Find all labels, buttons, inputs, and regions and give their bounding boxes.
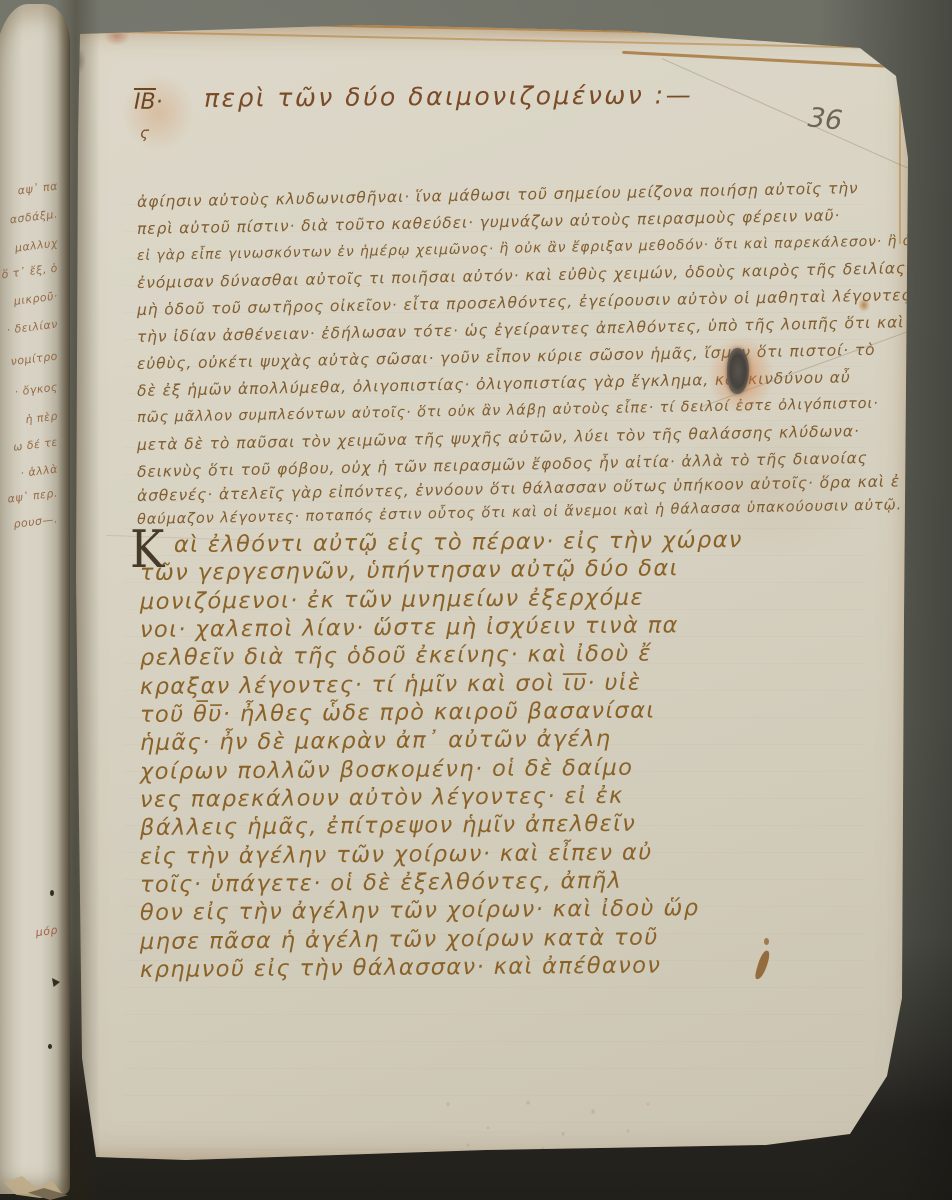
- chapter-title: περὶ τῶν δύο δαιμονιζομένων :—: [204, 82, 693, 110]
- manuscript-page: ΙΒ· ϛ περὶ τῶν δύο δαιμονιζομένων :— 36 …: [66, 18, 918, 1168]
- folio-number: 36: [807, 104, 844, 134]
- ink-blot: [754, 949, 771, 980]
- stain: [104, 26, 130, 46]
- commentary-line: μὴ ὁδοῦ τοῦ σωτῆρος οἰκεῖον· εἶτα προσελ…: [137, 288, 918, 318]
- foxing-speckles: [418, 1082, 668, 1156]
- gospel-line: νες παρεκάλουν αὐτὸν λέγοντες· εἰ ἐκ: [140, 785, 624, 812]
- wormhole: [48, 1044, 52, 1049]
- commentary-line: μετὰ δὲ τὸ παῦσαι τὸν χειμῶνα τῆς ψυχῆς …: [137, 424, 860, 453]
- gospel-line: νοι· χαλεποὶ λίαν· ὥστε μὴ ἰσχύειν τινὰ …: [140, 614, 679, 641]
- gospel-line: τοῖς· ὑπάγετε· οἱ δὲ ἐξελθόντες, ἀπῆλ: [140, 870, 622, 897]
- commentary-line: πῶς μᾶλλον συμπλεόντων αὐτοῖς· ὅτι οὐκ ἂ…: [137, 397, 879, 426]
- gospel-line: τῶν γεργεσηνῶν, ὑπήντησαν αὐτῷ δύο δαι: [140, 557, 679, 584]
- gospel-line: τοῦ θ̅υ̅· ἦλθες ὧδε πρὸ καιροῦ βασανίσαι: [140, 700, 656, 727]
- gospel-line: κραξαν λέγοντες· τί ἡμῖν καὶ σοὶ ι̅υ̅· υ…: [140, 672, 642, 699]
- commentary-line: περὶ αὐτοῦ πίστιν· διὰ τοῦτο καθεύδει· γ…: [137, 208, 841, 237]
- gospel-line: χοίρων πολλῶν βοσκομένη· οἱ δὲ δαίμο: [140, 757, 634, 784]
- wormhole: [50, 890, 54, 896]
- ink-blot: [764, 938, 769, 945]
- gospel-line: αὶ ἐλθόντι αὐτῷ εἰς τὸ πέραν· εἰς τὴν χώ…: [174, 529, 743, 556]
- commentary-line: τὴν ἰδίαν ἀσθένειαν· ἐδήλωσαν τότε· ὡς ἐ…: [137, 315, 905, 345]
- chapter-number: ΙΒ·: [134, 88, 163, 114]
- commentary-line: ἐνόμισαν δύνασθαι αὐτοῖς τι ποιῆσαι αὐτό…: [137, 261, 942, 292]
- gospel-line: μησε πᾶσα ἡ ἀγέλη τῶν χοίρων κατὰ τοῦ: [140, 926, 659, 953]
- gospel-line: θον εἰς τὴν ἀγέλην τῶν χοίρων· καὶ ἰδοὺ …: [140, 897, 700, 924]
- gospel-line: ρελθεῖν διὰ τῆς ὁδοῦ ἐκείνης· καὶ ἰδοὺ ἔ: [140, 643, 652, 670]
- page-edge-line: [622, 51, 898, 68]
- commentary-line: εἰ γὰρ εἶπε γινωσκόντων ἐν ἡμέρῳ χειμῶνο…: [137, 234, 943, 263]
- commentary-line: ἀφίησιν αὐτοὺς κλυδωνισθῆναι· ἵνα μάθωσι…: [137, 181, 859, 210]
- manuscript-photo: αψ᾽ πα ασδάξμ. μαλλυχ ὅ τ᾽ ἔξ, ὁ μικροῦ·…: [0, 0, 952, 1200]
- gospel-line: ἡμᾶς· ἦν δὲ μακρὰν ἀπ᾽ αὐτῶν ἀγέλη: [140, 728, 612, 755]
- gospel-line: εἰς τὴν ἀγέλην τῶν χοίρων· καὶ εἶπεν αὐ: [140, 842, 653, 869]
- gospel-line: βάλλεις ἡμᾶς, ἐπίτρεψον ἡμῖν ἀπελθεῖν: [140, 813, 636, 840]
- page-edge-line: [908, 62, 911, 1108]
- page-edge-line: [124, 31, 894, 49]
- gospel-line: κρημνοῦ εἰς τὴν θάλασσαν· καὶ ἀπέθανον: [140, 954, 662, 981]
- stain: [466, 20, 796, 42]
- page-edge-line: [899, 74, 901, 244]
- crease-line: [662, 58, 914, 171]
- stain: [70, 48, 86, 74]
- page-edge-line: [102, 19, 886, 37]
- gospel-line: μονιζόμενοι· ἐκ τῶν μνημείων ἐξερχόμε: [140, 587, 644, 614]
- chapter-number-mark: ϛ: [140, 126, 149, 141]
